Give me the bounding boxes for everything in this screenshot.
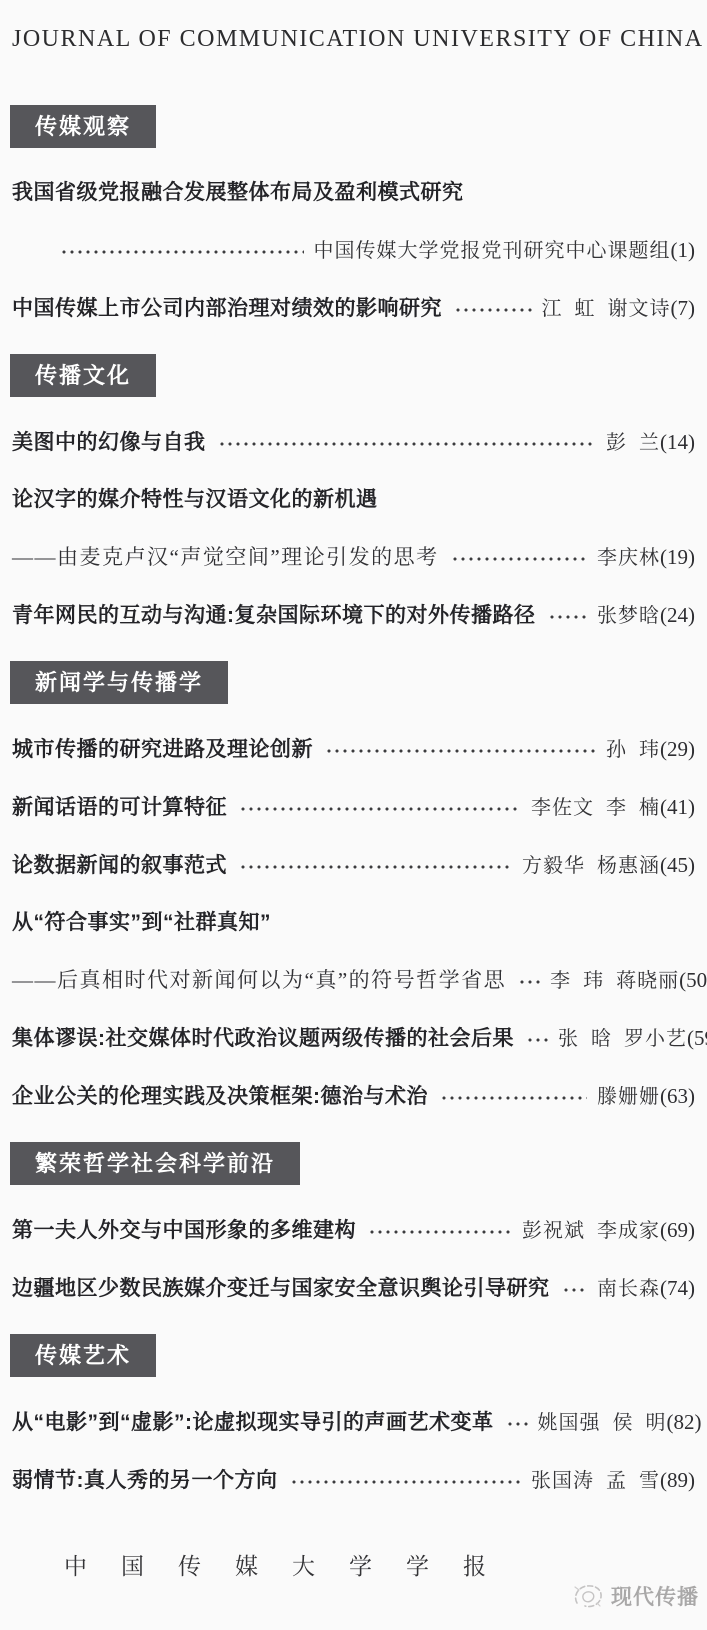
article-row: 论数据新闻的叙事范式 方毅华 杨惠涵 (45) <box>12 853 695 878</box>
article-page-number: (41) <box>660 795 695 819</box>
article-row: 弱情节:真人秀的另一个方向 张国涛 孟 雪 (89) <box>12 1468 695 1493</box>
article-entry: 第一夫人外交与中国形象的多维建构 彭祝斌 李成家 (69) <box>12 1218 695 1243</box>
article-authors: 南长森 <box>597 1277 660 1301</box>
journal-toc-page: JOURNAL OF COMMUNICATION UNIVERSITY OF C… <box>0 0 707 1493</box>
article-row: 企业公关的伦理实践及决策框架:德治与术治 滕姗姗 (63) <box>12 1084 695 1109</box>
article-subtitle-row: ——后真相时代对新闻何以为“真”的符号哲学省思 李 玮 蒋晓丽 (50) <box>12 968 695 993</box>
article-authors: 李庆林 <box>597 546 660 570</box>
article-authors: 姚国强 侯 明 <box>538 1411 667 1435</box>
article-authors: 彭 兰 <box>606 431 660 455</box>
article-page-number: (50) <box>679 968 707 992</box>
dotted-leader <box>218 430 597 455</box>
article-entry: 边疆地区少数民族媒介变迁与国家安全意识舆论引导研究 南长森 (74) <box>12 1276 695 1301</box>
article-page-number: (24) <box>660 603 695 627</box>
dotted-leader <box>290 1468 522 1493</box>
section-header-communication-culture: 传播文化 <box>10 354 156 397</box>
article-page-number: (14) <box>660 430 695 454</box>
section-label: 传媒观察 <box>35 114 131 139</box>
article-title: 从“符合事实”到“社群真知” <box>12 911 271 935</box>
article-entry: 从“符合事实”到“社群真知” ——后真相时代对新闻何以为“真”的符号哲学省思 李… <box>12 911 695 993</box>
article-title: 企业公关的伦理实践及决策框架:德治与术治 <box>12 1085 428 1109</box>
article-entry: 美图中的幻像与自我 彭 兰 (14) <box>12 430 695 455</box>
section-label: 传播文化 <box>35 363 131 388</box>
section-header-philosophy-social-science: 繁荣哲学社会科学前沿 <box>10 1142 300 1185</box>
article-title-row: 从“符合事实”到“社群真知” <box>12 911 695 935</box>
article-authors: 方毅华 杨惠涵 <box>522 854 660 878</box>
article-page-number: (69) <box>660 1218 695 1242</box>
article-row: 从“电影”到“虚影”:论虚拟现实导引的声画艺术变革 姚国强 侯 明 (82) <box>12 1410 695 1435</box>
article-row: 集体谬误:社交媒体时代政治议题两级传播的社会后果 张 晗 罗小艺 (59) <box>12 1026 695 1051</box>
article-title: 美图中的幻像与自我 <box>12 431 206 455</box>
article-row: 美图中的幻像与自我 彭 兰 (14) <box>12 430 695 455</box>
article-row: 边疆地区少数民族媒介变迁与国家安全意识舆论引导研究 南长森 (74) <box>12 1276 695 1301</box>
dotted-leader <box>368 1218 512 1243</box>
modern-communication-logo-icon <box>570 1578 606 1614</box>
dotted-leader <box>562 1276 588 1301</box>
article-row: 新闻话语的可计算特征 李佐文 李 楠 (41) <box>12 795 695 820</box>
article-page-number: (63) <box>660 1084 695 1108</box>
article-title: 我国省级党报融合发展整体布局及盈利模式研究 <box>12 181 464 205</box>
article-subtitle: ——由麦克卢汉“声觉空间”理论引发的思考 <box>12 545 439 569</box>
article-title-row: 我国省级党报融合发展整体布局及盈利模式研究 <box>12 181 695 205</box>
article-page-number: (45) <box>660 853 695 877</box>
article-page-number: (29) <box>660 737 695 761</box>
article-authors: 李佐文 李 楠 <box>531 796 660 820</box>
article-title: 论汉字的媒介特性与汉语文化的新机遇 <box>12 488 378 512</box>
modern-communication-watermark: 现代传播 <box>570 1578 699 1614</box>
article-authors: 滕姗姗 <box>597 1085 660 1109</box>
section-label: 繁荣哲学社会科学前沿 <box>35 1151 275 1176</box>
article-entry: 集体谬误:社交媒体时代政治议题两级传播的社会后果 张 晗 罗小艺 (59) <box>12 1026 695 1051</box>
article-title-row: 论汉字的媒介特性与汉语文化的新机遇 <box>12 488 695 512</box>
section-label: 新闻学与传播学 <box>35 670 203 695</box>
watermark-label: 现代传播 <box>611 1581 699 1611</box>
article-authors: 张国涛 孟 雪 <box>531 1469 660 1493</box>
article-entry: 中国传媒上市公司内部治理对绩效的影响研究 江 虹 谢文诗 (7) <box>12 296 695 321</box>
article-entry: 论数据新闻的叙事范式 方毅华 杨惠涵 (45) <box>12 853 695 878</box>
dotted-leader <box>518 968 540 993</box>
article-title: 从“电影”到“虚影”:论虚拟现实导引的声画艺术变革 <box>12 1411 494 1435</box>
dotted-leader <box>440 1084 587 1109</box>
article-entry: 新闻话语的可计算特征 李佐文 李 楠 (41) <box>12 795 695 820</box>
article-page-number: (7) <box>671 296 696 320</box>
dotted-leader <box>239 795 521 820</box>
article-page-number: (89) <box>660 1468 695 1492</box>
article-page-number: (74) <box>660 1276 695 1300</box>
article-authors: 中国传媒大学党报党刊研究中心课题组 <box>314 239 671 263</box>
article-page-number: (59) <box>687 1026 707 1050</box>
journal-title-en: JOURNAL OF COMMUNICATION UNIVERSITY OF C… <box>12 26 695 53</box>
article-page-number: (19) <box>660 545 695 569</box>
article-title: 城市传播的研究进路及理论创新 <box>12 738 313 762</box>
article-title: 边疆地区少数民族媒介变迁与国家安全意识舆论引导研究 <box>12 1277 550 1301</box>
article-authors: 孙 玮 <box>606 738 660 762</box>
article-entry: 我国省级党报融合发展整体布局及盈利模式研究 中国传媒大学党报党刊研究中心课题组 … <box>12 181 695 263</box>
dotted-leader <box>451 545 587 570</box>
article-entry: 弱情节:真人秀的另一个方向 张国涛 孟 雪 (89) <box>12 1468 695 1493</box>
article-row: 青年网民的互动与沟通:复杂国际环境下的对外传播路径 张梦晗 (24) <box>12 603 695 628</box>
article-subtitle-row: ——由麦克卢汉“声觉空间”理论引发的思考 李庆林 (19) <box>12 545 695 570</box>
article-entry: 企业公关的伦理实践及决策框架:德治与术治 滕姗姗 (63) <box>12 1084 695 1109</box>
section-header-media-observation: 传媒观察 <box>10 105 156 148</box>
article-page-number: (1) <box>671 238 696 262</box>
article-title: 中国传媒上市公司内部治理对绩效的影响研究 <box>12 297 442 321</box>
article-title: 集体谬误:社交媒体时代政治议题两级传播的社会后果 <box>12 1027 514 1051</box>
dotted-leader <box>239 853 512 878</box>
article-authors: 李 玮 蒋晓丽 <box>550 969 679 993</box>
article-page-number: (82) <box>667 1410 702 1434</box>
article-entry: 城市传播的研究进路及理论创新 孙 玮 (29) <box>12 737 695 762</box>
article-title: 新闻话语的可计算特征 <box>12 796 227 820</box>
article-row: 城市传播的研究进路及理论创新 孙 玮 (29) <box>12 737 695 762</box>
article-subtitle: ——后真相时代对新闻何以为“真”的符号哲学省思 <box>12 968 506 992</box>
dotted-leader <box>325 737 596 762</box>
article-authors: 江 虹 谢文诗 <box>542 297 671 321</box>
dotted-leader <box>526 1026 548 1051</box>
article-entry: 青年网民的互动与沟通:复杂国际环境下的对外传播路径 张梦晗 (24) <box>12 603 695 628</box>
article-row: 中国传媒上市公司内部治理对绩效的影响研究 江 虹 谢文诗 (7) <box>12 296 695 321</box>
section-header-journalism-communication: 新闻学与传播学 <box>10 661 228 704</box>
article-authors: 张 晗 罗小艺 <box>558 1027 687 1051</box>
article-entry: 论汉字的媒介特性与汉语文化的新机遇 ——由麦克卢汉“声觉空间”理论引发的思考 李… <box>12 488 695 570</box>
dotted-leader <box>454 296 532 321</box>
article-entry: 从“电影”到“虚影”:论虚拟现实导引的声画艺术变革 姚国强 侯 明 (82) <box>12 1410 695 1435</box>
article-authors: 彭祝斌 李成家 <box>522 1219 660 1243</box>
article-authors: 张梦晗 <box>597 604 660 628</box>
article-authors-row: 中国传媒大学党报党刊研究中心课题组 (1) <box>12 238 695 263</box>
article-title: 论数据新闻的叙事范式 <box>12 854 227 878</box>
article-title: 青年网民的互动与沟通:复杂国际环境下的对外传播路径 <box>12 604 536 628</box>
article-title: 弱情节:真人秀的另一个方向 <box>12 1469 278 1493</box>
footer-journal-name-cn: 中国传媒大学学报 <box>64 1548 520 1581</box>
dotted-leader <box>60 238 304 263</box>
section-label: 传媒艺术 <box>35 1343 131 1368</box>
section-header-media-art: 传媒艺术 <box>10 1334 156 1377</box>
article-title: 第一夫人外交与中国形象的多维建构 <box>12 1219 356 1243</box>
dotted-leader <box>506 1410 528 1435</box>
dotted-leader <box>548 603 588 628</box>
article-row: 第一夫人外交与中国形象的多维建构 彭祝斌 李成家 (69) <box>12 1218 695 1243</box>
